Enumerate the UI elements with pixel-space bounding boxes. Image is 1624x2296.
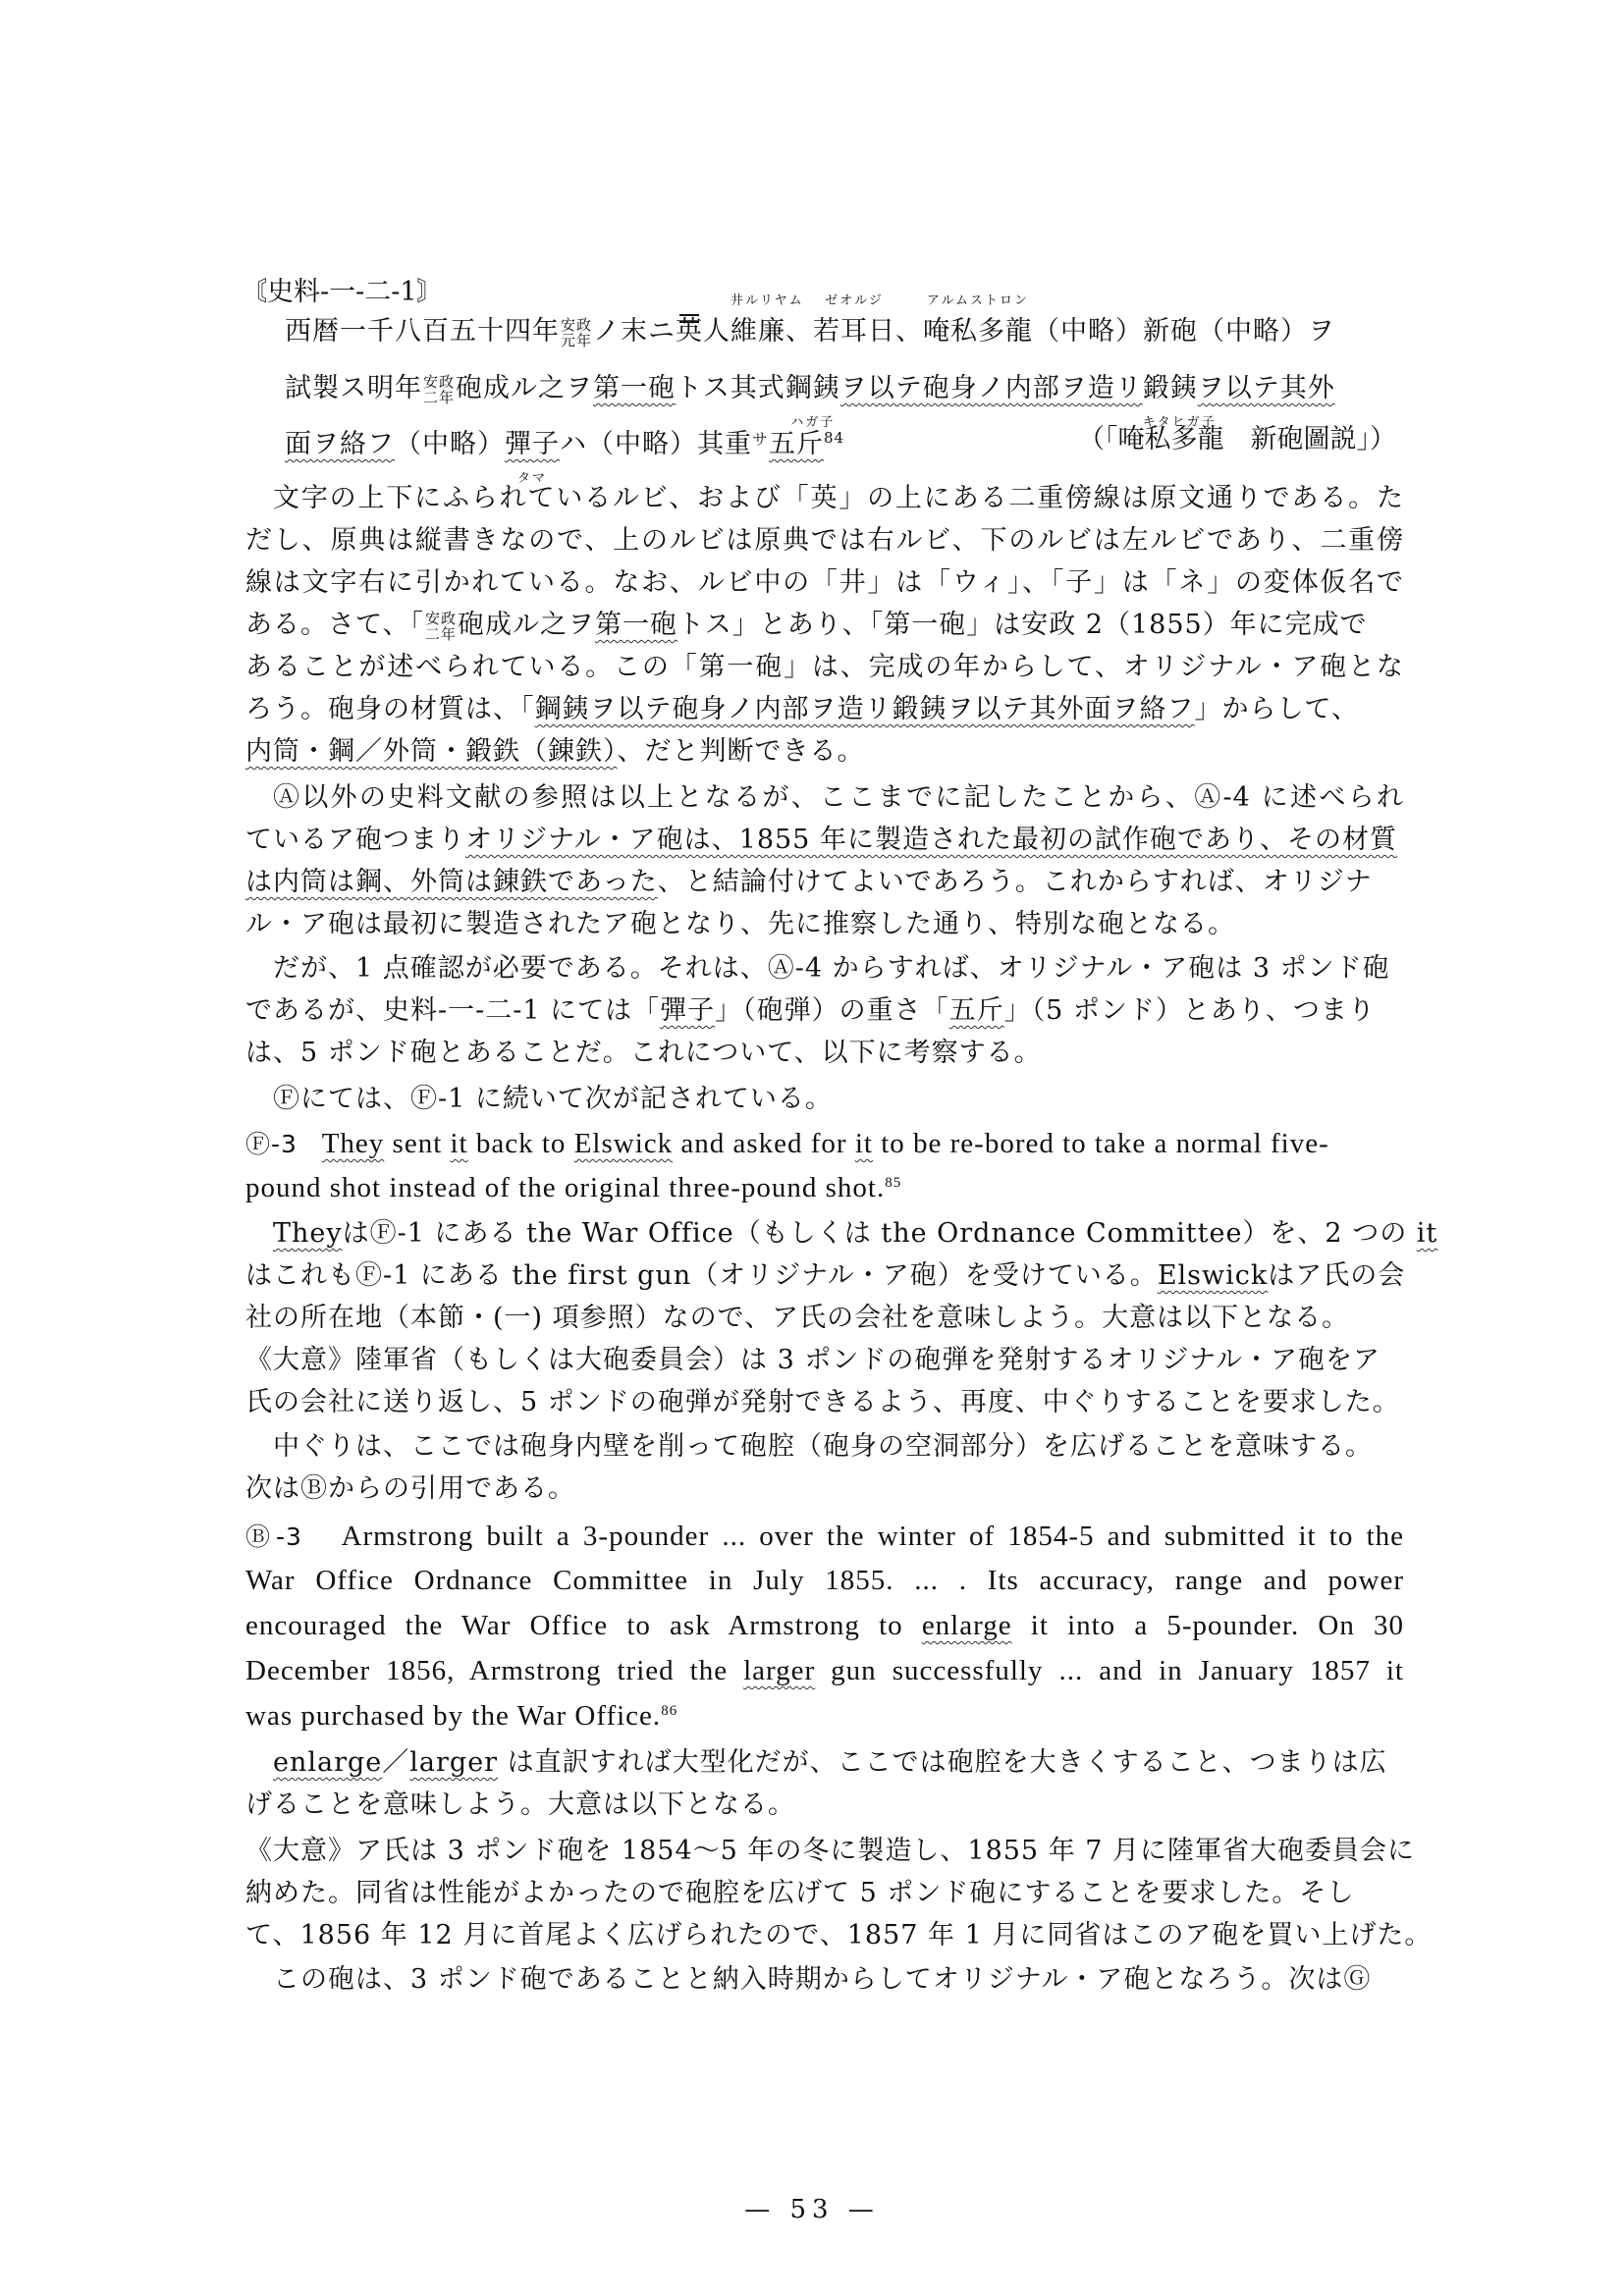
source-label: Ⓕ-3 bbox=[245, 1130, 298, 1158]
summary-line: 《大意》陸軍省（もしくは大砲委員会）は 3 ポンドの砲弾を発射するオリジナル・ア… bbox=[245, 1341, 1404, 1380]
quote-line-1: 西暦一千八百五十四年安政元年ノ末ニ英人維廉井ルリヤム、若耳日ゼオルジ、唵私多龍ア… bbox=[285, 312, 1394, 351]
paragraph-line: enlarge／larger は直訳すれば大型化だが、ここでは砲腔を大きくするこ… bbox=[245, 1743, 1404, 1783]
paragraph-line: 線は文字右に引かれている。なお、ルビ中の「井」は「ウィ」、「子」は「ネ」の変体仮… bbox=[245, 563, 1404, 603]
paragraph-line: ているア砲つまりオリジナル・ア砲は、1855 年に製造された最初の試作砲であり、… bbox=[245, 821, 1404, 860]
paragraph-line: 内筒・鋼／外筒・鍛鉄（錬鉄）、だと判断できる。 bbox=[245, 732, 1404, 772]
quote-b3-line-4: December 1856, Armstrong tried the large… bbox=[245, 1651, 1404, 1690]
ruby-tama: 彈子タマ bbox=[505, 425, 560, 464]
paragraph-line: あることが述べられている。この「第一砲」は、完成の年からして、オリジナル・ア砲と… bbox=[245, 648, 1404, 687]
paragraph-line: 文字の上下にふられているルビ、および「英」の上にある二重傍線は原文通りである。た bbox=[245, 479, 1404, 518]
paragraph-line: 中ぐりは、ここでは砲身内壁を削って砲腔（砲身の空洞部分）を広げることを意味する。 bbox=[245, 1427, 1404, 1467]
paragraph-line: は内筒は鋼、外筒は錬鉄であった、と結論付けてよいであろう。これからすれば、オリジ… bbox=[245, 863, 1404, 902]
paragraph-line: であるが、史料-一-二-1 にては「彈子」（砲弾）の重さ「五斤」（5 ポンド）と… bbox=[245, 991, 1404, 1031]
ruby-hagane: 鋼銕ハガ子 bbox=[785, 369, 840, 408]
double-sideline-char: 英 bbox=[676, 316, 703, 347]
quote-text: 西暦一千八百五十四年 bbox=[285, 316, 560, 347]
paragraph-line: Ⓐ以外の史料文献の参照は以上となるが、ここまでに記したことから、Ⓐ-4 に述べら… bbox=[245, 778, 1404, 818]
source-citation: （「唵私多龍 新砲圖説」） bbox=[1078, 420, 1396, 459]
paragraph-line: だし、原典は縦書きなので、上のルビは原典では右ルビ、下のルビは左ルビであり、二重… bbox=[245, 521, 1404, 561]
paragraph-line: Ⓕにては、Ⓕ-1 に続いて次が記されている。 bbox=[245, 1080, 1404, 1119]
page-number: — 53 — bbox=[0, 2195, 1624, 2224]
paragraph-line: ろう。砲身の材質は、「鋼銕ヲ以テ砲身ノ内部ヲ造リ鍛銕ヲ以テ其外面ヲ絡フ」からして… bbox=[245, 690, 1404, 729]
ruby-william: 維廉井ルリヤム bbox=[731, 312, 785, 351]
quote-b3-line-5: was purchased by the War Office.86 bbox=[245, 1696, 1404, 1735]
quote-f3-line-1: Ⓕ-3 They sent it back to Elswick and ask… bbox=[245, 1124, 1404, 1164]
wavy-underlined-text: 第一砲 bbox=[593, 373, 676, 403]
paragraph-line: ル・ア砲は最初に製造されたア砲となり、先に推察した通り、特別な砲となる。 bbox=[245, 905, 1404, 944]
quote-b3-line-3: encouraged the War Office to ask Armstro… bbox=[245, 1606, 1404, 1645]
source-heading: 〘史料-一-二-1〙 bbox=[241, 273, 444, 312]
era-stack: 安政元年 bbox=[561, 317, 592, 348]
quote-line-2: 試製ス明年安政二年砲成ル之ヲ第一砲トス其式鋼銕ハガ子ヲ以テ砲身ノ内部ヲ造リ鍛銕キ… bbox=[285, 369, 1394, 408]
era-stack: 安政二年 bbox=[423, 374, 455, 405]
summary-line: 氏の会社に送り返し、5 ポンドの砲弾が発射できるよう、再度、中ぐりすることを要求… bbox=[245, 1383, 1404, 1422]
paragraph-line: げることを意味しよう。大意は以下となる。 bbox=[245, 1786, 1404, 1825]
paragraph-line: は、5 ポンド砲とあることだ。これについて、以下に考察する。 bbox=[245, 1034, 1404, 1073]
summary-line: て、1856 年 12 月に首尾よく広げられたので、1857 年 1 月に同省は… bbox=[245, 1916, 1404, 1955]
footnote-ref[interactable]: 84 bbox=[824, 429, 844, 447]
paragraph-line: 次はⒷからの引用である。 bbox=[245, 1469, 1404, 1509]
paragraph-line: ある。さて、「安政二年砲成ル之ヲ第一砲トス」とあり、「第一砲」は安政 2（185… bbox=[245, 606, 1404, 645]
ruby-kitahigane: 鍛銕キタヒガ子 bbox=[1143, 369, 1198, 408]
paragraph-line: だが、1 点確認が必要である。それは、Ⓐ-4 からすれば、オリジナル・ア砲は 3… bbox=[245, 949, 1404, 988]
paragraph-line: この砲は、3 ポンド砲であることと納入時期からしてオリジナル・ア砲となろう。次は… bbox=[245, 1960, 1404, 2000]
ruby-armstrong: 唵私多龍アルムストロン bbox=[923, 312, 1033, 351]
quote-b3-line-1: Ⓑ-3 Armstrong built a 3-pounder ... over… bbox=[245, 1517, 1404, 1557]
document-page: 〘史料-一-二-1〙 西暦一千八百五十四年安政元年ノ末ニ英人維廉井ルリヤム、若耳… bbox=[0, 0, 1624, 2296]
summary-line: 納めた。同省は性能がよかったので砲腔を広げて 5 ポンド砲にすることを要求した。… bbox=[245, 1874, 1404, 1913]
paragraph-line: TheyはⒻ-1 にある the War Office（もしくは the Ord… bbox=[245, 1214, 1404, 1254]
quote-b3-line-2: War Office Ordnance Committee in July 18… bbox=[245, 1561, 1404, 1600]
paragraph-line: 社の所在地（本節・(一) 項参照）なので、ア氏の会社を意味しよう。大意は以下とな… bbox=[245, 1299, 1404, 1338]
ruby-george: 若耳日ゼオルジ bbox=[813, 312, 895, 351]
quote-f3-line-2: pound shot instead of the original three… bbox=[245, 1168, 1404, 1207]
footnote-ref[interactable]: 86 bbox=[661, 1703, 677, 1719]
footnote-ref[interactable]: 85 bbox=[885, 1175, 901, 1191]
paragraph-line: はこれもⒻ-1 にある the first gun（オリジナル・ア砲）を受けてい… bbox=[245, 1256, 1404, 1296]
summary-line: 《大意》ア氏は 3 ポンド砲を 1854〜5 年の冬に製造し、1855 年 7 … bbox=[245, 1832, 1404, 1871]
